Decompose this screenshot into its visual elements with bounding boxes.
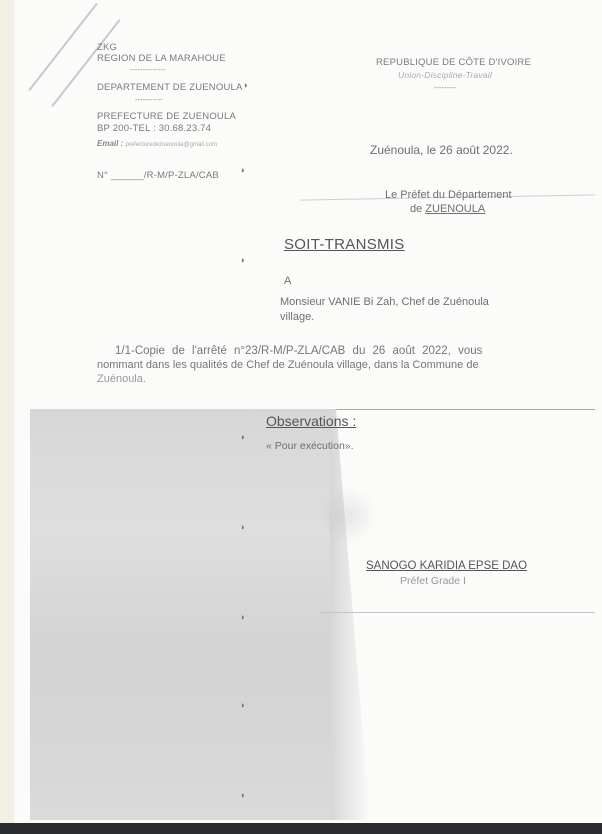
- shaded-scan-region: [30, 409, 330, 820]
- sender-title: Le Préfet du Département: [385, 189, 512, 201]
- email-line: Email : prefecturedezuenoula@gmail.com: [97, 139, 217, 148]
- hole-mark: ◗: [240, 522, 245, 532]
- prefecture-name: PREFECTURE DE ZUENOULA: [97, 111, 236, 122]
- email-value: prefecturedezuenoula@gmail.com: [125, 142, 216, 148]
- hole-mark: ◗: [240, 790, 245, 800]
- department-name: DEPARTEMENT DE ZUENOULA: [97, 82, 243, 93]
- date-line: Zuénoula, le 26 août 2022.: [370, 143, 513, 157]
- body-line-1: 1/1-Copie de l'arrêté n°23/R-M/P-ZLA/CAB…: [115, 345, 482, 357]
- region-name: REGION DE LA MARAHOUE: [97, 53, 226, 64]
- separator: --------------: [130, 67, 165, 74]
- body-line-2: nommant dans les qualités de Chef de Zué…: [97, 359, 479, 371]
- sender-place-prefix: de: [410, 203, 425, 215]
- recipient-to: A: [284, 275, 291, 287]
- body-line-3: Zuénoula.: [97, 373, 146, 385]
- contact-info: BP 200-TEL : 30.68.23.74: [97, 123, 211, 134]
- recipient-name: Monsieur VANIE Bi Zah, Chef de Zuénoula: [280, 296, 489, 308]
- document-title: SOIT-TRANSMIS: [284, 236, 405, 253]
- signatory-rank: Préfet Grade I: [400, 575, 466, 587]
- scanner-bottom-edge: [0, 823, 602, 834]
- separator: -----------: [135, 97, 163, 104]
- sender-place: de ZUENOULA: [410, 203, 485, 215]
- hole-mark: ◗: [240, 255, 245, 265]
- national-motto: Union-Discipline-Travail: [398, 70, 492, 80]
- hole-mark: ◗: [243, 80, 248, 90]
- reference-number: N° ______/R-M/P-ZLA/CAB: [97, 170, 219, 181]
- scanned-document-page: ZKG REGION DE LA MARAHOUE --------------…: [0, 0, 602, 834]
- observations-label: Observations :: [266, 413, 356, 429]
- stamp-smudge: [318, 488, 378, 543]
- hole-mark: ◗: [240, 700, 245, 710]
- observations-text: « Pour exécution».: [266, 440, 354, 452]
- header-code: ZKG: [97, 42, 117, 53]
- country-name: REPUBLIQUE DE CÔTE D'IVOIRE: [376, 57, 531, 68]
- diagonal-stroke: [28, 3, 97, 91]
- fold-line: [320, 612, 595, 613]
- recipient-name-cont: village.: [280, 311, 314, 323]
- hole-mark: ◗: [240, 432, 245, 442]
- email-label: Email :: [97, 139, 123, 148]
- hole-mark: ◗: [240, 165, 245, 175]
- page-edge: [0, 0, 14, 834]
- separator: ---------: [434, 85, 457, 92]
- sender-place-name: ZUENOULA: [425, 203, 485, 215]
- hole-mark: ◗: [240, 612, 245, 622]
- signatory-name: SANOGO KARIDIA EPSE DAO: [366, 560, 527, 572]
